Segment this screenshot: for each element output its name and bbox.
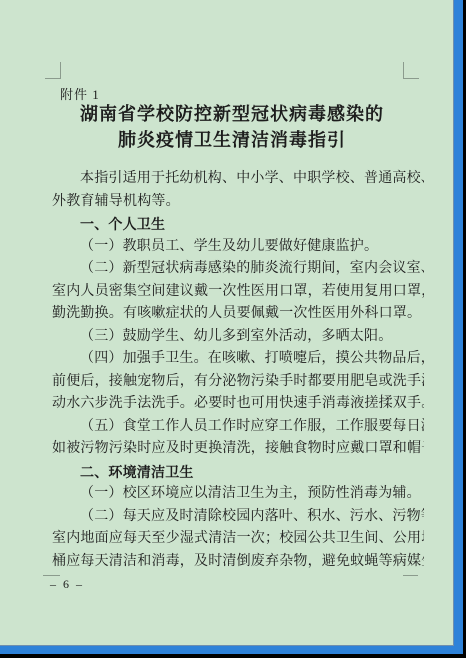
crop-mark-bottom-right: [403, 575, 418, 576]
body-line: 室内地面应每天至少湿式清洁一次；校园公共卫生间、公用垃圾: [52, 528, 424, 551]
body-line: （一）教职员工、学生及幼儿要做好健康监护。: [52, 236, 424, 259]
body-line: （二）新型冠状病毒感染的肺炎流行期间，室内会议室、课: [52, 258, 424, 281]
body-line: 动水六步洗手法洗手。必要时也可用快速手消毒液搓揉双手。: [52, 393, 424, 416]
body-line: （四）加强手卫生。在咳嗽、打喷嚏后，摸公共物品后，餐: [52, 348, 424, 371]
body-line: （五）食堂工作人员工作时应穿工作服，工作服要每日清洗，: [52, 416, 424, 439]
crop-mark-top-right: [403, 62, 419, 79]
body-line: 如被污物污染时应及时更换清洗，接触食物时应戴口罩和帽子。: [52, 438, 424, 461]
body-line: 前便后，接触宠物后，有分泌物污染手时都要用肥皂或洗手液流: [52, 371, 424, 394]
body-line: （二）每天应及时清除校园内落叶、积水、污水、污物等，: [52, 506, 424, 529]
document-title-line-2: 肺炎疫情卫生清洁消毒指引: [40, 127, 424, 153]
section-heading-2: 二、环境清洁卫生: [52, 461, 424, 484]
section-heading-1: 一、个人卫生: [52, 213, 424, 236]
page-number: – 6 –: [50, 577, 84, 592]
window-frame: 附件 1 湖南省学校防控新型冠状病毒感染的 肺炎疫情卫生清洁消毒指引 本指引适用…: [0, 0, 463, 654]
body-line: 室内人员密集空间建议戴一次性医用口罩，若使用复用口罩，应: [52, 281, 424, 304]
document-page: 附件 1 湖南省学校防控新型冠状病毒感染的 肺炎疫情卫生清洁消毒指引 本指引适用…: [0, 0, 454, 646]
crop-mark-top-left: [45, 62, 61, 79]
body-line: 本指引适用于托幼机构、中小学、中职学校、普通高校、校: [52, 168, 424, 191]
body-line: （三）鼓励学生、幼儿多到室外活动，多晒太阳。: [52, 326, 424, 349]
body-line: 外教育辅导机构等。: [52, 191, 424, 214]
document-title: 湖南省学校防控新型冠状病毒感染的 肺炎疫情卫生清洁消毒指引: [40, 101, 424, 153]
body-line: 勤洗勤换。有咳嗽症状的人员要佩戴一次性医用外科口罩。: [52, 303, 424, 326]
document-title-line-1: 湖南省学校防控新型冠状病毒感染的: [40, 101, 424, 127]
body-line: 桶应每天清洁和消毒，及时清倒废弃杂物，避免蚊蝇等病媒生物: [52, 551, 424, 574]
body-line: （一）校区环境应以清洁卫生为主，预防性消毒为辅。: [52, 483, 424, 506]
crop-mark-bottom-left: [43, 575, 60, 576]
document-body: 本指引适用于托幼机构、中小学、中职学校、普通高校、校 外教育辅导机构等。 一、个…: [52, 168, 424, 573]
